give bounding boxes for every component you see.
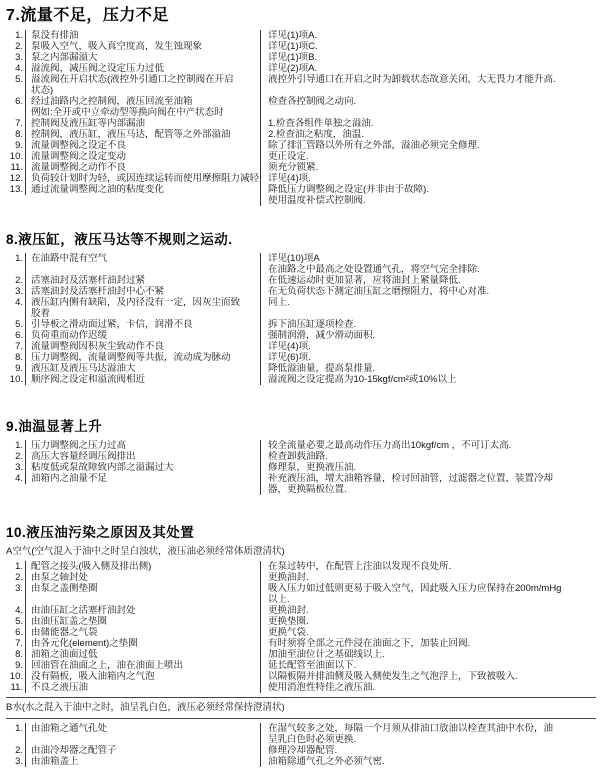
cause-text: 活塞油封及活塞杆油封中心不紧 bbox=[26, 286, 260, 297]
row-number bbox=[6, 594, 26, 605]
remedy-line: 同上. bbox=[268, 297, 596, 308]
row-number bbox=[6, 734, 26, 745]
cause-text: 由油压缸盖之垫圈 bbox=[26, 616, 260, 627]
cause-row: 3.由泵之盖侧垫圈 bbox=[6, 583, 260, 594]
remedy-line: 强制润滑，减少滑动面积. bbox=[268, 330, 596, 341]
subsection-note: B水(水之混入于油中之时，油呈乳白色，液压必须经常保持澄清状) bbox=[6, 702, 596, 714]
cause-row: 6.负荷重而动作迟缓 bbox=[6, 330, 260, 341]
remedy-line: 检查卸载油路. bbox=[268, 451, 596, 462]
cause-text: 泵之内部漏溢大 bbox=[26, 52, 260, 63]
remedy-line: 以隔板隔并排油侧及吸入侧使发生之气泡浮上，下致被吸入. bbox=[268, 671, 596, 682]
cause-text: 由油箱之通气孔处 bbox=[26, 723, 260, 734]
cause-text: 不良之液压油 bbox=[26, 682, 260, 693]
row-number: 2. bbox=[6, 41, 26, 52]
cause-row: 11.不良之液压油 bbox=[6, 682, 260, 693]
cause-row: 1.压力调整阀之压力过高 bbox=[6, 440, 260, 451]
row-number: 9. bbox=[6, 363, 26, 374]
remedy-line: 油箱除通气孔之外必须气密. bbox=[268, 756, 596, 767]
cause-row: 2.由泵之轴封处 bbox=[6, 572, 260, 583]
remedies-column: 在泵过转中，在配管上注油以发现不良处所.更换油封.吸入压力如过低则更易于吸入空气… bbox=[260, 561, 596, 693]
cause-text: 压力调整阀之压力过高 bbox=[26, 440, 260, 451]
cause-text: 活塞油封及活塞杆油封过紧 bbox=[26, 275, 260, 286]
cause-row: 3.泵之内部漏溢大 bbox=[6, 52, 260, 63]
cause-row: 12.负荷较计划时为轻，或因连续运转而使用摩擦阻力减轻 bbox=[6, 173, 260, 184]
remedy-line: 1.检查各组件单独之溢油. bbox=[268, 118, 596, 129]
remedy-line: 在无负荷状态下测定油压缸之磨擦阻力，将中心对准. bbox=[268, 286, 596, 297]
subsection-note: A空气(空气混入于油中之时呈白浊状，液压油必须经常体质澄清状) bbox=[6, 546, 596, 558]
horizontal-divider bbox=[6, 718, 596, 719]
remedy-line: 检查各控制阀之动向. bbox=[268, 96, 596, 107]
remedy-line: 呈乳白色时必须更换. bbox=[268, 734, 596, 745]
cause-text: 胶着 bbox=[26, 308, 260, 319]
row-number: 9. bbox=[6, 140, 26, 151]
cause-row: 7.由各元化(element)之垫圈 bbox=[6, 638, 260, 649]
row-number: 5. bbox=[6, 319, 26, 330]
cause-row: 1.由油箱之通气孔处 bbox=[6, 723, 260, 734]
horizontal-divider bbox=[6, 697, 596, 698]
cause-row: 5.溢流阀在开启状态(液控外引通口之控制阀在开启 bbox=[6, 74, 260, 85]
remedy-line: 更正设定. bbox=[268, 151, 596, 162]
row-number: 1. bbox=[6, 440, 26, 451]
cause-row: 7.控制阀及液压缸等内部漏油 bbox=[6, 118, 260, 129]
row-number: 12. bbox=[6, 173, 26, 184]
remedy-line: 有时须将全部之元件浸在油面之下，加装止回阀. bbox=[268, 638, 596, 649]
cause-row: 4.液压缸内侧有缺陷，及内径没有一定，因灰尘而致 bbox=[6, 297, 260, 308]
remedy-line: 较全流量必要之最高动作压力高出10kgf/cm ，不可订太高. bbox=[268, 440, 596, 451]
remedies-column: 较全流量必要之最高动作压力高出10kgf/cm ，不可订太高.检查卸载油路.修理… bbox=[260, 440, 596, 495]
cause-text: 顺序阀之设定和溢流阀相近 bbox=[26, 374, 260, 385]
row-number: 6. bbox=[6, 627, 26, 638]
row-number: 7. bbox=[6, 638, 26, 649]
cause-text: 通过流量调整阀之油的粘度变化 bbox=[26, 184, 260, 195]
remedy-line: 详见(4)项. bbox=[268, 173, 596, 184]
cause-row: 4.油箱内之油量不足 bbox=[6, 473, 260, 484]
row-number: 2. bbox=[6, 451, 26, 462]
remedy-line: 在油路之中最高之处设置通气孔，将空气完全排除. bbox=[268, 264, 596, 275]
remedy-line: 详见(6)项. bbox=[268, 352, 596, 363]
cause-row bbox=[6, 594, 260, 605]
cause-row: 5.引导板之滑动面过紧，卡信，润滑不良 bbox=[6, 319, 260, 330]
cause-text: 由各元化(element)之垫圈 bbox=[26, 638, 260, 649]
cause-text: 油箱之油面过低 bbox=[26, 649, 260, 660]
cause-row: 10.流量调整阀之设定变动 bbox=[6, 151, 260, 162]
remedy-line: 在湿气较多之处，每隔一个月须从排油口放油以检查其油中水份，油 bbox=[268, 723, 596, 734]
cause-text: 流量调整阀之设定变动 bbox=[26, 151, 260, 162]
remedies-column: 详见(10)项A在油路之中最高之处设置通气孔，将空气完全排除.在低速运动时更加显… bbox=[260, 253, 596, 385]
section-10: 10.液压油污染之原因及其处置A空气(空气混入于油中之时呈白浊状，液压油必须经常… bbox=[6, 525, 596, 767]
cause-row: 例如:全开或中立牵动型等换向阀在中产状态时 bbox=[6, 107, 260, 118]
row-number: 10. bbox=[6, 151, 26, 162]
cause-row: 3.粘度低或泵故障致内部之溢漏过大 bbox=[6, 462, 260, 473]
causes-remedies-table: 1.压力调整阀之压力过高2.高压大容量经调压阀排出3.粘度低或泵故障致内部之溢漏… bbox=[6, 440, 596, 495]
remedy-line: 补充液压油，增大油箱容量，检讨回油管，过滤器之位置，装置冷却 bbox=[268, 473, 596, 484]
remedy-line: 在泵过转中，在配管上注油以发现不良处所. bbox=[268, 561, 596, 572]
row-number: 3. bbox=[6, 52, 26, 63]
cause-text: 液压缸及液压马达溢油大 bbox=[26, 363, 260, 374]
cause-row: 9.液压缸及液压马达溢油大 bbox=[6, 363, 260, 374]
causes-column: 1.由油箱之通气孔处2.由油冷却器之配管子3.由油箱盖上 bbox=[6, 723, 260, 767]
cause-text: 配管之接头(吸入侧及排出侧) bbox=[26, 561, 260, 572]
causes-column: 1.压力调整阀之压力过高2.高压大容量经调压阀排出3.粘度低或泵故障致内部之溢漏… bbox=[6, 440, 260, 495]
cause-row: 1.在油路中混有空气 bbox=[6, 253, 260, 264]
cause-row: 11.流量调整阀之动作不良 bbox=[6, 162, 260, 173]
remedy-line: 详见(1)项A. bbox=[268, 30, 596, 41]
row-number: 1. bbox=[6, 723, 26, 734]
cause-text: 泵没有排油 bbox=[26, 30, 260, 41]
cause-row: 2.由油冷却器之配管子 bbox=[6, 745, 260, 756]
row-number bbox=[6, 308, 26, 319]
row-number: 6. bbox=[6, 96, 26, 107]
remedy-line: 使用消泡性特佳之液压油. bbox=[268, 682, 596, 693]
cause-text: 控制阀，液压缸，液压马达，配管等之外部溢油 bbox=[26, 129, 260, 140]
row-number: 10. bbox=[6, 671, 26, 682]
cause-text: 流量调整阀因积灰尘致动作不良 bbox=[26, 341, 260, 352]
row-number: 6. bbox=[6, 330, 26, 341]
causes-remedies-table: 1.配管之接头(吸入侧及排出侧)2.由泵之轴封处3.由泵之盖侧垫圈4.由油压缸之… bbox=[6, 561, 596, 693]
row-number: 4. bbox=[6, 605, 26, 616]
row-number: 5. bbox=[6, 74, 26, 85]
cause-row: 7.流量调整阀因积灰尘致动作不良 bbox=[6, 341, 260, 352]
cause-row: 8.控制阀，液压缸，液压马达，配管等之外部溢油 bbox=[6, 129, 260, 140]
row-number: 8. bbox=[6, 649, 26, 660]
cause-row: 8.压力调整阀，流量调整阀等共振，流动成为脉动 bbox=[6, 352, 260, 363]
remedies-column: 详见(1)项A.详见(1)项C.详见(1)项B.详见(2)项A.液控外引导通口在… bbox=[260, 30, 596, 206]
remedy-line: 吸入压力如过低则更易于吸入空气，因此吸入压力应保持在200m/mHg bbox=[268, 583, 596, 594]
remedy-line: 拆下油压缸逐项检查. bbox=[268, 319, 596, 330]
row-number: 13. bbox=[6, 184, 26, 195]
remedy-line bbox=[268, 107, 596, 118]
row-number: 8. bbox=[6, 352, 26, 363]
remedy-line: 更换气袋. bbox=[268, 627, 596, 638]
cause-text: 流量调整阀之动作不良 bbox=[26, 162, 260, 173]
cause-row: 2.泵吸入空气，吸入真空度高，发生蚀现象 bbox=[6, 41, 260, 52]
cause-row: 2.活塞油封及活塞杆油封过紧 bbox=[6, 275, 260, 286]
remedy-line: 更换油封. bbox=[268, 572, 596, 583]
document-page: 7.流量不足，压力不足1.泵没有排油2.泵吸入空气，吸入真空度高，发生蚀现象3.… bbox=[0, 0, 600, 784]
row-number bbox=[6, 264, 26, 275]
row-number: 11. bbox=[6, 682, 26, 693]
cause-row: 5.由油压缸盖之垫圈 bbox=[6, 616, 260, 627]
cause-text: 由泵之盖侧垫圈 bbox=[26, 583, 260, 594]
remedy-line: 须充分锁紧. bbox=[268, 162, 596, 173]
row-number: 1. bbox=[6, 561, 26, 572]
cause-text: 泵吸入空气，吸入真空度高，发生蚀现象 bbox=[26, 41, 260, 52]
cause-text bbox=[26, 734, 260, 745]
row-number: 3. bbox=[6, 462, 26, 473]
row-number: 4. bbox=[6, 473, 26, 484]
cause-text: 经过油路内之控制阀，液压回流至油箱 bbox=[26, 96, 260, 107]
cause-row: 状态) bbox=[6, 85, 260, 96]
cause-row: 10.没有隔板，吸入油箱内之气泡 bbox=[6, 671, 260, 682]
section-title: 9.油温显著上升 bbox=[6, 419, 596, 435]
cause-row bbox=[6, 264, 260, 275]
cause-text: 回油管在油面之上，油在油面上喷出 bbox=[26, 660, 260, 671]
cause-text: 控制阀及液压缸等内部漏油 bbox=[26, 118, 260, 129]
remedy-line: 详见(1)项C. bbox=[268, 41, 596, 52]
remedy-line bbox=[268, 85, 596, 96]
remedy-line: 以上. bbox=[268, 594, 596, 605]
cause-text: 没有隔板，吸入油箱内之气泡 bbox=[26, 671, 260, 682]
cause-row: 13.通过流量调整阀之油的粘度变化 bbox=[6, 184, 260, 195]
remedy-line: 延长配管至油面以下. bbox=[268, 660, 596, 671]
section-title: 8.液压缸，液压马达等不规则之运动. bbox=[6, 232, 596, 248]
cause-row: 3.活塞油封及活塞杆油封中心不紧 bbox=[6, 286, 260, 297]
cause-text: 液压缸内侧有缺陷，及内径没有一定，因灰尘而致 bbox=[26, 297, 260, 308]
remedy-line: 2.检查油之粘度，油温. bbox=[268, 129, 596, 140]
remedy-line: 详见(4)项. bbox=[268, 341, 596, 352]
cause-text: 油箱内之油量不足 bbox=[26, 473, 260, 484]
row-number: 4. bbox=[6, 297, 26, 308]
row-number: 7. bbox=[6, 118, 26, 129]
remedy-line: 修理泵，更换液压油. bbox=[268, 462, 596, 473]
row-number: 10. bbox=[6, 374, 26, 385]
cause-row: 3.由油箱盖上 bbox=[6, 756, 260, 767]
remedies-column: 在湿气较多之处，每隔一个月须从排油口放油以检查其油中水份，油呈乳白色时必须更换.… bbox=[260, 723, 596, 767]
cause-text: 在油路中混有空气 bbox=[26, 253, 260, 264]
cause-row: 6.经过油路内之控制阀，液压回流至油箱 bbox=[6, 96, 260, 107]
row-number: 3. bbox=[6, 756, 26, 767]
cause-text: 状态) bbox=[26, 85, 260, 96]
cause-text: 流量调整阀之设定不良 bbox=[26, 140, 260, 151]
row-number: 5. bbox=[6, 616, 26, 627]
cause-text bbox=[26, 594, 260, 605]
remedy-line: 溢流阀之设定提高为10-15kgf/cm²或10%以上 bbox=[268, 374, 596, 385]
cause-text: 粘度低或泵故障致内部之溢漏过大 bbox=[26, 462, 260, 473]
row-number: 2. bbox=[6, 572, 26, 583]
causes-remedies-table: 1.由油箱之通气孔处2.由油冷却器之配管子3.由油箱盖上在湿气较多之处，每隔一个… bbox=[6, 723, 596, 767]
row-number: 3. bbox=[6, 583, 26, 594]
cause-text bbox=[26, 264, 260, 275]
remedy-line: 详见(1)项B. bbox=[268, 52, 596, 63]
section-7: 7.流量不足，压力不足1.泵没有排油2.泵吸入空气，吸入真空度高，发生蚀现象3.… bbox=[6, 6, 596, 206]
remedy-line: 更换垫圈. bbox=[268, 616, 596, 627]
row-number: 1. bbox=[6, 253, 26, 264]
remedy-line: 在低速运动时更加显著，应将油封上紧量降低. bbox=[268, 275, 596, 286]
cause-row: 4.由油压缸之活塞杆油封处 bbox=[6, 605, 260, 616]
row-number: 11. bbox=[6, 162, 26, 173]
remedy-line bbox=[268, 308, 596, 319]
row-number: 3. bbox=[6, 286, 26, 297]
remedy-line: 详见(10)项A bbox=[268, 253, 596, 264]
cause-text: 溢流阀，减压阀之设定压力过低 bbox=[26, 63, 260, 74]
cause-row: 胶着 bbox=[6, 308, 260, 319]
cause-text: 高压大容量经调压阀排出 bbox=[26, 451, 260, 462]
troubleshooting-document: 7.流量不足，压力不足1.泵没有排油2.泵吸入空气，吸入真空度高，发生蚀现象3.… bbox=[6, 6, 596, 767]
cause-row: 4.溢流阀，减压阀之设定压力过低 bbox=[6, 63, 260, 74]
cause-text: 溢流阀在开启状态(液控外引通口之控制阀在开启 bbox=[26, 74, 260, 85]
cause-text: 由油压缸之活塞杆油封处 bbox=[26, 605, 260, 616]
cause-row: 10.顺序阀之设定和溢流阀相近 bbox=[6, 374, 260, 385]
cause-text: 由泵之轴封处 bbox=[26, 572, 260, 583]
causes-column: 1.泵没有排油2.泵吸入空气，吸入真空度高，发生蚀现象3.泵之内部漏溢大4.溢流… bbox=[6, 30, 260, 206]
row-number bbox=[6, 107, 26, 118]
causes-column: 1.配管之接头(吸入侧及排出侧)2.由泵之轴封处3.由泵之盖侧垫圈4.由油压缸之… bbox=[6, 561, 260, 693]
cause-text: 由油冷却器之配管子 bbox=[26, 745, 260, 756]
remedy-line: 降低压力调整阀之设定(并非由于故障). bbox=[268, 184, 596, 195]
cause-row: 2.高压大容量经调压阀排出 bbox=[6, 451, 260, 462]
row-number: 7. bbox=[6, 341, 26, 352]
row-number: 2. bbox=[6, 745, 26, 756]
cause-text: 由储能器之气袋 bbox=[26, 627, 260, 638]
remedy-line: 器，更换隔板位置. bbox=[268, 484, 596, 495]
cause-row: 9.流量调整阀之设定不良 bbox=[6, 140, 260, 151]
row-number bbox=[6, 85, 26, 96]
cause-text: 负荷较计划时为轻，或因连续运转而使用摩擦阻力减轻 bbox=[26, 173, 260, 184]
remedy-line: 液控外引导通口在开启之时为卸载状态故意关闭，大无畏力才能升高. bbox=[268, 74, 596, 85]
causes-remedies-table: 1.在油路中混有空气2.活塞油封及活塞杆油封过紧3.活塞油封及活塞杆油封中心不紧… bbox=[6, 253, 596, 385]
section-8: 8.液压缸，液压马达等不规则之运动.1.在油路中混有空气2.活塞油封及活塞杆油封… bbox=[6, 232, 596, 385]
section-9: 9.油温显著上升1.压力调整阀之压力过高2.高压大容量经调压阀排出3.粘度低或泵… bbox=[6, 419, 596, 495]
cause-text: 引导板之滑动面过紧，卡信，润滑不良 bbox=[26, 319, 260, 330]
remedy-line: 降低溢油量，提高泵排量. bbox=[268, 363, 596, 374]
causes-column: 1.在油路中混有空气2.活塞油封及活塞杆油封过紧3.活塞油封及活塞杆油封中心不紧… bbox=[6, 253, 260, 385]
cause-text: 负荷重而动作迟缓 bbox=[26, 330, 260, 341]
row-number: 8. bbox=[6, 129, 26, 140]
section-title: 10.液压油污染之原因及其处置 bbox=[6, 525, 596, 541]
remedy-line: 除了排汇管路以外所有之外部，溢油必须完全修理. bbox=[268, 140, 596, 151]
causes-remedies-table: 1.泵没有排油2.泵吸入空气，吸入真空度高，发生蚀现象3.泵之内部漏溢大4.溢流… bbox=[6, 30, 596, 206]
cause-row: 8.油箱之油面过低 bbox=[6, 649, 260, 660]
cause-row bbox=[6, 734, 260, 745]
row-number: 9. bbox=[6, 660, 26, 671]
cause-row: 1.配管之接头(吸入侧及排出侧) bbox=[6, 561, 260, 572]
cause-row: 1.泵没有排油 bbox=[6, 30, 260, 41]
row-number: 4. bbox=[6, 63, 26, 74]
row-number: 1. bbox=[6, 30, 26, 41]
cause-text: 例如:全开或中立牵动型等换向阀在中产状态时 bbox=[26, 107, 260, 118]
remedy-line: 详见(2)项A. bbox=[268, 63, 596, 74]
cause-row: 9.回油管在油面之上，油在油面上喷出 bbox=[6, 660, 260, 671]
remedy-line: 更换油封. bbox=[268, 605, 596, 616]
remedy-line: 加油至油位计之基础线以上. bbox=[268, 649, 596, 660]
section-title: 7.流量不足，压力不足 bbox=[6, 6, 596, 25]
cause-text: 压力调整阀，流量调整阀等共振，流动成为脉动 bbox=[26, 352, 260, 363]
row-number: 2. bbox=[6, 275, 26, 286]
cause-text: 由油箱盖上 bbox=[26, 756, 260, 767]
cause-row: 6.由储能器之气袋 bbox=[6, 627, 260, 638]
remedy-line: 使用温度补偿式控制阀. bbox=[268, 195, 596, 206]
remedy-line: 修理冷却器配管. bbox=[268, 745, 596, 756]
